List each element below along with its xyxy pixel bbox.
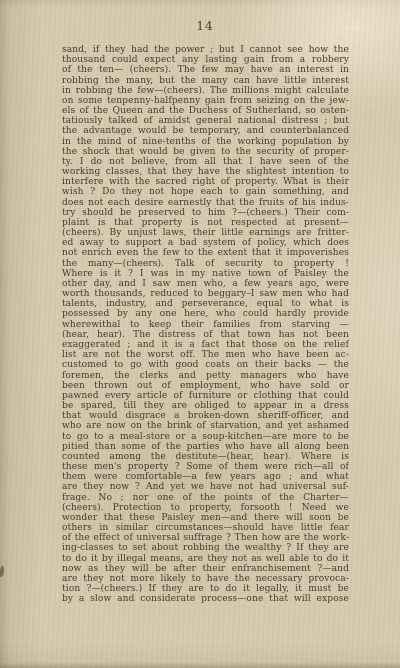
text-line: exaggerated ; and it is a fact that thos… <box>62 340 349 350</box>
text-line: sand, if they had the power ; but I cann… <box>62 45 349 55</box>
text-line: are they now ? And yet we have not had u… <box>62 482 349 492</box>
page-number: 14 <box>62 19 348 33</box>
text-line: ing-classes to set about robbing the wea… <box>62 543 349 553</box>
text-line: tatiously talked of amidst general natio… <box>62 116 349 126</box>
text-line: (cheers). By unjust laws, their little e… <box>62 228 349 238</box>
text-line: of the ten— (cheers). The few may have a… <box>62 65 349 75</box>
text-line: ed away to support a bad system of polic… <box>62 238 349 248</box>
text-line: of the effect of universal suffrage ? Th… <box>62 533 349 543</box>
text-line: try should be preserved to him ?—(cheers… <box>62 208 349 218</box>
text-line: list are not the worst off. The men who … <box>62 350 349 360</box>
text-line: the advantage would be temporary, and co… <box>62 126 349 136</box>
text-line: are they not more likely to have the nec… <box>62 574 349 584</box>
text-line: them were comfortable—a few years ago ; … <box>62 472 349 482</box>
text-line: these men's property ? Some of them were… <box>62 462 349 472</box>
text-line: interfere with the sacred right of prope… <box>62 177 349 187</box>
text-line: pitied than some of the parties who have… <box>62 442 349 452</box>
text-line: in robbing the few—(cheers). The million… <box>62 86 349 96</box>
text-line: wherewithal to keep their families from … <box>62 320 349 330</box>
text-line: (hear, hear). The distress of that town … <box>62 330 349 340</box>
text-line: frage. No ; nor one of the points of the… <box>62 493 349 503</box>
text-line: other day, and I saw men who, a few year… <box>62 279 349 289</box>
text-line: talents, industry, and perseverance, equ… <box>62 299 349 309</box>
text-line: plaint is that property is not respected… <box>62 218 349 228</box>
text-line: does not each desire earnestly that the … <box>62 198 349 208</box>
text-line: foremen, the clerks and petty managers w… <box>62 371 349 381</box>
text-line: robbing the many, but the many can have … <box>62 76 349 86</box>
text-line: (cheers). Protection to property, forsoo… <box>62 503 349 513</box>
text-line: wonder that these Paisley men—and there … <box>62 513 349 523</box>
text-line: now as they will be after their enfranch… <box>62 564 349 574</box>
text-line: working classes, that they have the slig… <box>62 167 349 177</box>
text-line: worth thousands, reduced to beggary–I sa… <box>62 289 349 299</box>
text-line: ty. I do not believe, from all that I ha… <box>62 157 349 167</box>
text-line: to go to a meal-store or a soup-kitchen—… <box>62 432 349 442</box>
text-line: who are now on the brink of starvation, … <box>62 421 349 431</box>
text-line: Where is it ? I was in my native town of… <box>62 269 349 279</box>
text-line: others in similar circumstances—should h… <box>62 523 349 533</box>
text-line: on some tenpenny-halfpenny gain from sei… <box>62 96 349 106</box>
text-line: the many—(cheers). Talk of security to p… <box>62 259 349 269</box>
text-line: customed to go with good coats on their … <box>62 360 349 370</box>
text-line: wish ? Do they not hope each to gain som… <box>62 187 349 197</box>
scanned-book-page: 14 sand, if they had the power ; but I c… <box>0 0 400 668</box>
text-line: els of the Queen and the Duchess of Suth… <box>62 106 349 116</box>
text-line: pawned every article of furniture or clo… <box>62 391 349 401</box>
text-line: thousand could expect any lasting gain f… <box>62 55 349 65</box>
text-line: not enrich even the few to the extent th… <box>62 248 349 258</box>
body-text: sand, if they had the power ; but I cann… <box>62 45 349 604</box>
text-line: tion ?—(cheers.) If they are to do it le… <box>62 584 349 594</box>
text-line: to do it by illegal means, are they not … <box>62 554 349 564</box>
text-line: be spared, till they are obliged to appe… <box>62 401 349 411</box>
text-line: the shock that would be given to the sec… <box>62 147 349 157</box>
text-line: possessed by any one here, who could har… <box>62 309 349 319</box>
text-line: been thrown out of employment, who have … <box>62 381 349 391</box>
text-line: that would disgrace a broken-down sherif… <box>62 411 349 421</box>
scan-blemish <box>0 566 5 577</box>
text-line: by a slow and considerate process—one th… <box>62 594 349 604</box>
text-line: in the mind of nine-tenths of the workin… <box>62 137 349 147</box>
text-line: counted among the destitute—(hear, hear)… <box>62 452 349 462</box>
